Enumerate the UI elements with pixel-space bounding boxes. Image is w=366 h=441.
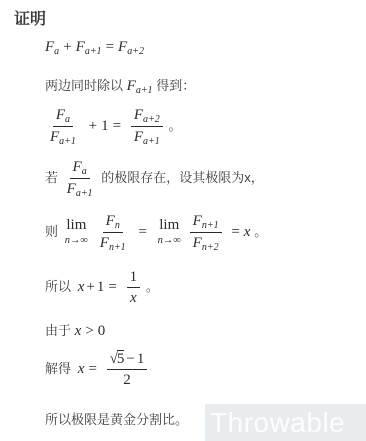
math-var-F: F bbox=[193, 213, 202, 229]
math-subscript: a+1 bbox=[136, 85, 153, 96]
text-x-positive: 由于 x>0 bbox=[45, 320, 105, 340]
math-subscript: a bbox=[54, 46, 59, 57]
math-var-F: F bbox=[134, 129, 143, 145]
period-mark: 。 bbox=[254, 224, 267, 239]
math-var-F: F bbox=[73, 159, 82, 175]
fraction-numerator: Fa+2 bbox=[131, 106, 163, 127]
fraction-denominator: Fa+1 bbox=[64, 179, 96, 199]
fraction-Fa-over-Fa1: Fa Fa+1 bbox=[47, 106, 79, 147]
math-subscript: a+1 bbox=[59, 136, 76, 147]
period-mark: 。 bbox=[169, 118, 182, 133]
text-divide: 两边同时除以 bbox=[45, 78, 123, 93]
equals-sign: = bbox=[113, 118, 121, 134]
math-var-F: F bbox=[76, 39, 85, 55]
text-if: 若 bbox=[45, 170, 58, 185]
lim-word: lim bbox=[66, 218, 86, 233]
fraction-denominator: Fn+2 bbox=[190, 233, 222, 253]
text-conclusion: 所以极限是黄金分割比。 bbox=[45, 409, 188, 428]
greater-than-sign: > bbox=[85, 323, 93, 339]
equals-sign: = bbox=[138, 224, 146, 240]
formula-fraction-identity: Fa Fa+1 +1= Fa+2 Fa+1 。 bbox=[45, 106, 182, 147]
math-var-x: x bbox=[78, 361, 85, 377]
math-var-F: F bbox=[50, 129, 59, 145]
formula-x-equation: 所以 x+1= 1 x 。 bbox=[45, 268, 159, 307]
math-subscript: a bbox=[65, 114, 70, 125]
text-divide-both-sides: 两边同时除以 Fa+1 得到： bbox=[45, 75, 195, 96]
fraction-Fn-over-Fn1: Fn Fn+1 bbox=[97, 212, 129, 253]
text-since: 由于 bbox=[45, 323, 71, 338]
math-subscript: n+2 bbox=[202, 242, 219, 253]
math-var-F: F bbox=[100, 235, 109, 251]
number-zero: 0 bbox=[98, 323, 106, 339]
fraction-numerator: Fa bbox=[70, 158, 90, 179]
equals-sign: = bbox=[108, 279, 116, 295]
math-var-x: x bbox=[78, 279, 85, 295]
math-var-F: F bbox=[106, 213, 115, 229]
number-one: 1 bbox=[137, 351, 145, 367]
proof-title: 证明 bbox=[14, 6, 46, 29]
limit-operator: lim n→∞ bbox=[158, 218, 181, 247]
math-var-F: F bbox=[56, 107, 65, 123]
math-var-F: F bbox=[134, 107, 143, 123]
text-get: 得到： bbox=[156, 78, 195, 93]
text-exists: 的极限存在，设其极限为x， bbox=[101, 170, 264, 185]
math-var-F: F bbox=[118, 39, 127, 55]
text-solve: 解得 bbox=[45, 361, 71, 376]
formula-limit-equality: 则 lim n→∞ Fn Fn+1 = lim n→∞ Fn+1 Fn+2 =x… bbox=[45, 212, 267, 253]
plus-sign: + bbox=[63, 39, 71, 55]
fraction-denominator: x bbox=[127, 288, 140, 307]
plus-sign: + bbox=[89, 118, 97, 134]
period-mark: 。 bbox=[146, 279, 159, 294]
fraction-numerator: Fn bbox=[103, 212, 123, 233]
math-var-x: x bbox=[75, 323, 82, 339]
lim-subscript: n→∞ bbox=[65, 236, 88, 247]
limit-operator: lim n→∞ bbox=[65, 218, 88, 247]
math-var-F: F bbox=[193, 235, 202, 251]
math-var-F: F bbox=[67, 181, 76, 197]
fraction-numerator: Fa bbox=[53, 106, 73, 127]
math-subscript: a+1 bbox=[143, 136, 160, 147]
math-var-x: x bbox=[244, 224, 251, 240]
proof-document: { "title": "证明", "watermark": "Throwable… bbox=[0, 0, 366, 441]
equals-sign: = bbox=[231, 224, 239, 240]
watermark: Throwable bbox=[205, 404, 366, 441]
lim-subscript: n→∞ bbox=[158, 236, 181, 247]
formula-recurrence: Fa+Fa+1=Fa+2 bbox=[45, 39, 144, 57]
math-subscript: a bbox=[82, 166, 87, 177]
lim-word: lim bbox=[159, 218, 179, 233]
minus-sign: − bbox=[126, 351, 134, 367]
equals-sign: = bbox=[106, 39, 114, 55]
fraction-numerator: √5−1 bbox=[107, 350, 148, 370]
math-subscript: n+1 bbox=[109, 242, 126, 253]
fraction-denominator: Fa+1 bbox=[47, 127, 79, 147]
fraction-denominator: 2 bbox=[120, 370, 134, 389]
math-subscript: a+1 bbox=[85, 46, 102, 57]
fraction-denominator: Fa+1 bbox=[131, 127, 163, 147]
text-then: 则 bbox=[45, 224, 58, 239]
math-subscript: a+2 bbox=[143, 114, 160, 125]
text-limit-exists: 若 Fa Fa+1 的极限存在，设其极限为x， bbox=[45, 158, 264, 199]
text-so: 所以 bbox=[45, 279, 71, 294]
fraction-sqrt5-minus-1-over-2: √5−1 2 bbox=[107, 350, 148, 389]
math-subscript: n+1 bbox=[202, 220, 219, 231]
fraction-numerator: Fn+1 bbox=[190, 212, 222, 233]
fraction-Fa-over-Fa1: Fa Fa+1 bbox=[64, 158, 96, 199]
equals-sign: = bbox=[88, 361, 96, 377]
fraction-Fa2-over-Fa1: Fa+2 Fa+1 bbox=[131, 106, 163, 147]
fraction-denominator: Fn+1 bbox=[97, 233, 129, 253]
math-var-F: F bbox=[127, 78, 136, 94]
plus-sign: + bbox=[86, 279, 94, 295]
number-one: 1 bbox=[101, 118, 109, 134]
fraction-numerator: 1 bbox=[127, 268, 141, 288]
math-subscript: a+1 bbox=[76, 188, 93, 199]
math-var-F: F bbox=[45, 39, 54, 55]
number-one: 1 bbox=[97, 279, 105, 295]
math-subscript: a+2 bbox=[127, 46, 144, 57]
radicand: 5 bbox=[117, 350, 125, 367]
fraction-1-over-x: 1 x bbox=[127, 268, 141, 307]
math-subscript: n bbox=[115, 220, 120, 231]
fraction-Fn1-over-Fn2: Fn+1 Fn+2 bbox=[190, 212, 222, 253]
formula-solution: 解得 x= √5−1 2 bbox=[45, 350, 149, 389]
